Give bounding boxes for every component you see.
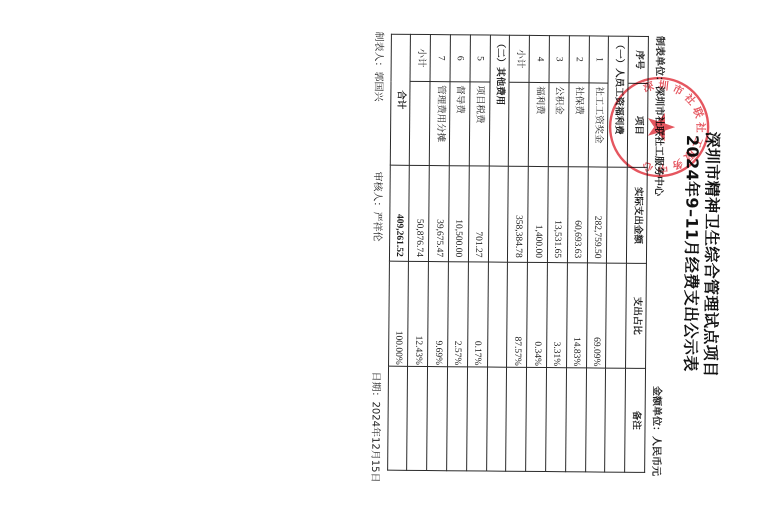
note-cell <box>486 367 507 471</box>
subtotal-ratio: 12.43% <box>408 261 429 366</box>
row-amount: 701.27 <box>468 166 489 262</box>
row-item: 督导费 <box>449 82 470 166</box>
row-note <box>447 367 468 471</box>
row-item: 福利费 <box>529 82 550 166</box>
date: 日期：2024年12月15日 <box>368 372 381 483</box>
row-item: 公积金 <box>548 83 569 167</box>
section-label: （二）其他费用 <box>489 35 510 166</box>
table-row: 5 项目税费 701.27 0.17% <box>466 35 490 471</box>
header-ratio: 支出占比 <box>626 263 647 368</box>
row-ratio: 69.09% <box>586 263 607 368</box>
amount-cell <box>607 167 628 263</box>
amount-cell <box>488 166 509 262</box>
row-note <box>526 367 547 471</box>
total-row: 合计 409,261.52 100.00% <box>387 34 411 470</box>
row-note <box>546 368 567 472</box>
row-item: 管理费用分摊 <box>430 82 451 166</box>
row-ratio: 0.17% <box>467 262 488 367</box>
currency-unit: 金额单位：人民币元 <box>649 386 662 476</box>
row-ratio: 2.57% <box>448 262 469 367</box>
header-note: 备注 <box>625 368 646 472</box>
row-amount: 1,400.00 <box>528 166 549 262</box>
row-item: 社工工资奖金 <box>588 83 609 167</box>
row-number: 6 <box>450 35 470 82</box>
row-number: 7 <box>430 35 450 82</box>
ratio-cell <box>606 263 627 368</box>
row-ratio: 0.34% <box>527 262 548 367</box>
subtotal-amount: 358,384.78 <box>508 166 529 262</box>
row-item: 项目税费 <box>469 82 490 166</box>
star-icon <box>648 113 675 142</box>
row-ratio: 14.83% <box>566 263 587 368</box>
row-number: 1 <box>589 36 609 83</box>
expense-disclosure-document: 深圳市精神卫生综合管理试点项目 2024年9–11月经费支出公示表 制表单位：深… <box>358 0 722 512</box>
row-number: 3 <box>549 36 569 83</box>
subtotal-label: 小计 <box>509 35 529 82</box>
row-amount: 282,759.50 <box>587 167 608 263</box>
row-amount: 39,675.47 <box>429 166 450 262</box>
row-number: 2 <box>569 36 589 83</box>
row-note <box>407 366 428 470</box>
subtotal-row: 小计 50,876.74 12.43% <box>407 34 431 470</box>
preparer: 制表人：郭国兴 <box>371 32 384 102</box>
row-note <box>585 368 606 472</box>
row-amount: 60,693.63 <box>567 167 588 263</box>
table-row: 3 公积金 13,531.65 3.31% <box>546 36 570 472</box>
total-amount: 409,261.52 <box>389 165 410 261</box>
row-ratio: 9.69% <box>428 262 449 367</box>
table-row: 4 福利费 1,400.00 0.34% <box>526 35 550 471</box>
official-seal-stamp: 深圳市社联社工服务中心 <box>607 75 712 180</box>
row-number: 4 <box>529 35 549 82</box>
ratio-cell <box>487 262 508 367</box>
reviewer: 审核人：严祥伦 <box>370 172 383 242</box>
subtotal-ratio: 87.57% <box>507 262 528 367</box>
header-amount: 实际支出金额 <box>627 167 648 263</box>
row-item <box>509 82 530 166</box>
total-label: 合计 <box>390 34 411 165</box>
row-amount: 13,531.65 <box>547 167 568 263</box>
subtotal-label: 小计 <box>410 34 430 81</box>
row-note <box>506 367 527 471</box>
total-ratio: 100.00% <box>388 261 409 366</box>
note-cell <box>605 368 626 472</box>
table-row: 2 社保费 60,693.63 14.83% <box>565 36 589 472</box>
table-row: 6 督导费 10,500.00 2.57% <box>447 35 471 471</box>
row-number: 5 <box>470 35 490 82</box>
section-row: （二）其他费用 <box>486 35 510 471</box>
row-note <box>466 367 487 471</box>
row-note <box>387 366 408 470</box>
subtotal-amount: 50,876.74 <box>409 165 430 261</box>
subtotal-row: 小计 358,384.78 87.57% <box>506 35 530 471</box>
row-amount: 10,500.00 <box>448 166 469 262</box>
row-note <box>427 367 448 471</box>
table-row: 7 管理费用分摊 39,675.47 9.69% <box>427 35 451 471</box>
table-row: 1 社工工资奖金 282,759.50 69.09% <box>585 36 609 472</box>
row-ratio: 3.31% <box>547 263 568 368</box>
row-item: 社保费 <box>568 83 589 167</box>
row-note <box>565 368 586 472</box>
row-item <box>410 81 431 165</box>
